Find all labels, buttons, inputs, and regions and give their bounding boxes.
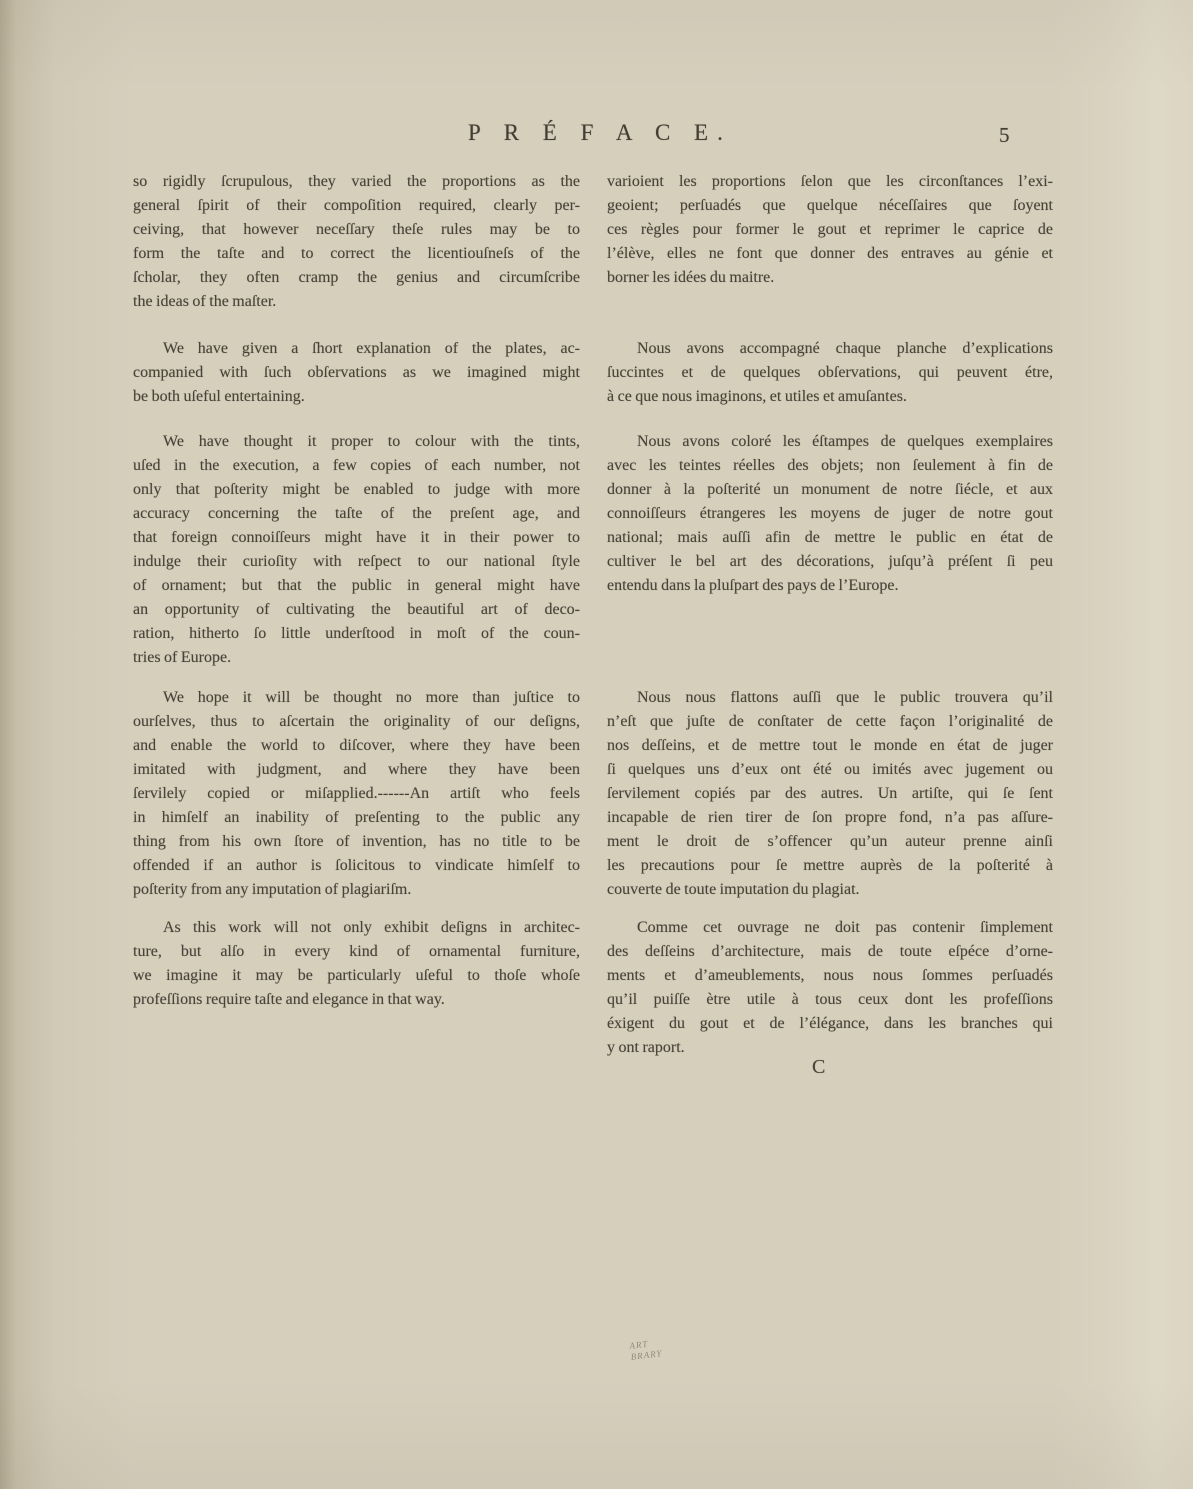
page-number: 5	[999, 123, 1010, 148]
text-line: varioient les proportions ſelon que les …	[607, 170, 1053, 194]
text-line: so rigidly ſcrupulous, they varied the p…	[133, 170, 580, 194]
paragraph-row: so rigidly ſcrupulous, they varied the p…	[133, 170, 1053, 314]
text-line: companied with ſuch obſervations as we i…	[133, 361, 580, 385]
text-line: Nous nous flattons auſſi que le public t…	[607, 686, 1053, 710]
text-line: cultiver le bel art des décorations, juſ…	[607, 550, 1053, 574]
english-paragraph: so rigidly ſcrupulous, they varied the p…	[133, 170, 580, 314]
french-paragraph: Nous avons accompagné chaque planche d’e…	[607, 337, 1053, 409]
text-line: geoient; perſuadés que quelque néceſſair…	[607, 194, 1053, 218]
text-line: an opportunity of cultivating the beauti…	[133, 598, 580, 622]
text-line: couverte de toute imputation du plagiat.	[607, 878, 1053, 902]
text-line: thing from his own ſtore of invention, h…	[133, 830, 580, 854]
text-line: tries of Europe.	[133, 646, 580, 670]
scanned-book-page: P R É F A C E. 5 so rigidly ſcrupulous, …	[0, 0, 1193, 1489]
text-line: ces règles pour former le gout et reprim…	[607, 218, 1053, 242]
signature-mark: C	[812, 1056, 825, 1079]
text-line: ration, hitherto ſo little underſtood in…	[133, 622, 580, 646]
text-line: that foreign connoiſſeurs might have it …	[133, 526, 580, 550]
english-paragraph: We hope it will be thought no more than …	[133, 686, 580, 902]
text-line: des deſſeins d’architecture, mais de tou…	[607, 940, 1053, 964]
text-line: profeſſions require taſte and elegance i…	[133, 988, 580, 1012]
text-line: we imagine it may be particularly uſeful…	[133, 964, 580, 988]
text-line: and enable the world to diſcover, where …	[133, 734, 580, 758]
text-line: imitated with judgment, and where they h…	[133, 758, 580, 782]
text-line: Nous avons coloré les éſtampes de quelqu…	[607, 430, 1053, 454]
text-line: l’élève, elles ne font que donner des en…	[607, 242, 1053, 266]
text-line: ments et d’ameublements, nous nous ſomme…	[607, 964, 1053, 988]
text-line: We hope it will be thought no more than …	[133, 686, 580, 710]
text-line: ourſelves, thus to aſcertain the origina…	[133, 710, 580, 734]
text-line: ſervilely copied or miſapplied.------An …	[133, 782, 580, 806]
text-line: les precautions pour ſe mettre auprès de…	[607, 854, 1053, 878]
text-line: the ideas of the maſter.	[133, 290, 580, 314]
text-line: As this work will not only exhibit deſig…	[133, 916, 580, 940]
text-line: uſed in the execution, a few copies of e…	[133, 454, 580, 478]
library-stamp-line: BRARY	[630, 1348, 663, 1363]
text-line: ſcholar, they often cramp the genius and…	[133, 266, 580, 290]
text-line: Nous avons accompagné chaque planche d’e…	[607, 337, 1053, 361]
text-line: y ont raport.	[607, 1036, 1053, 1060]
text-line: ſuccintes et de quelques obſervations, q…	[607, 361, 1053, 385]
paragraph-row: As this work will not only exhibit deſig…	[133, 916, 1053, 1060]
text-line: indulge their curioſity with reſpect to …	[133, 550, 580, 574]
paragraph-row: We have thought it proper to colour with…	[133, 430, 1053, 670]
text-line: n’eſt que juſte de conſtater de cette fa…	[607, 710, 1053, 734]
text-line: ceiving, that however neceſſary theſe ru…	[133, 218, 580, 242]
text-line: donner à la poſterité un monument de not…	[607, 478, 1053, 502]
text-line: ſervilement copiés par des autres. Un ar…	[607, 782, 1053, 806]
library-stamp: ART BRARY	[629, 1337, 663, 1363]
english-paragraph: As this work will not only exhibit deſig…	[133, 916, 580, 1060]
french-paragraph: Nous nous flattons auſſi que le public t…	[607, 686, 1053, 902]
text-line: borner les idées du maitre.	[607, 266, 1053, 290]
english-paragraph: We have thought it proper to colour with…	[133, 430, 580, 670]
french-paragraph: Nous avons coloré les éſtampes de quelqu…	[607, 430, 1053, 670]
text-line: We have thought it proper to colour with…	[133, 430, 580, 454]
text-line: qu’il puiſſe ètre utile à tous ceux dont…	[607, 988, 1053, 1012]
text-line: general ſpirit of their compoſition requ…	[133, 194, 580, 218]
text-line: ſi quelques uns d’eux ont été ou imités …	[607, 758, 1053, 782]
text-line: only that poſterity might be enabled to …	[133, 478, 580, 502]
text-line: avec les teintes réelles des objets; non…	[607, 454, 1053, 478]
text-line: in himſelf an inability of preſenting to…	[133, 806, 580, 830]
text-line: of ornament; but that the public in gene…	[133, 574, 580, 598]
text-line: ment le droit de s’offencer qu’un auteur…	[607, 830, 1053, 854]
text-line: entendu dans la pluſpart des pays de l’E…	[607, 574, 1053, 598]
page-title: P R É F A C E.	[468, 120, 732, 146]
english-paragraph: We have given a ſhort explanation of the…	[133, 337, 580, 409]
text-line: incapable de rien tirer de ſon propre fo…	[607, 806, 1053, 830]
french-paragraph: varioient les proportions ſelon que les …	[607, 170, 1053, 314]
text-line: ture, but alſo in every kind of ornament…	[133, 940, 580, 964]
text-line: connoiſſeurs étrangeres les moyens de ju…	[607, 502, 1053, 526]
french-paragraph: Comme cet ouvrage ne doit pas contenir ſ…	[607, 916, 1053, 1060]
paragraph-row: We hope it will be thought no more than …	[133, 686, 1053, 902]
paragraph-row: We have given a ſhort explanation of the…	[133, 337, 1053, 409]
text-line: éxigent du gout et de l’élégance, dans l…	[607, 1012, 1053, 1036]
text-line: accuracy concerning the taſte of the pre…	[133, 502, 580, 526]
text-line: Comme cet ouvrage ne doit pas contenir ſ…	[607, 916, 1053, 940]
text-line: form the taſte and to correct the licent…	[133, 242, 580, 266]
text-line: poſterity from any imputation of plagiar…	[133, 878, 580, 902]
text-line: à ce que nous imaginons, et utiles et am…	[607, 385, 1053, 409]
text-line: We have given a ſhort explanation of the…	[133, 337, 580, 361]
text-line: offended if an author is ſolicitous to v…	[133, 854, 580, 878]
text-line: nos deſſeins, et de mettre tout le monde…	[607, 734, 1053, 758]
text-line: national; mais auſſi afin de mettre le p…	[607, 526, 1053, 550]
text-line: be both uſeful entertaining.	[133, 385, 580, 409]
